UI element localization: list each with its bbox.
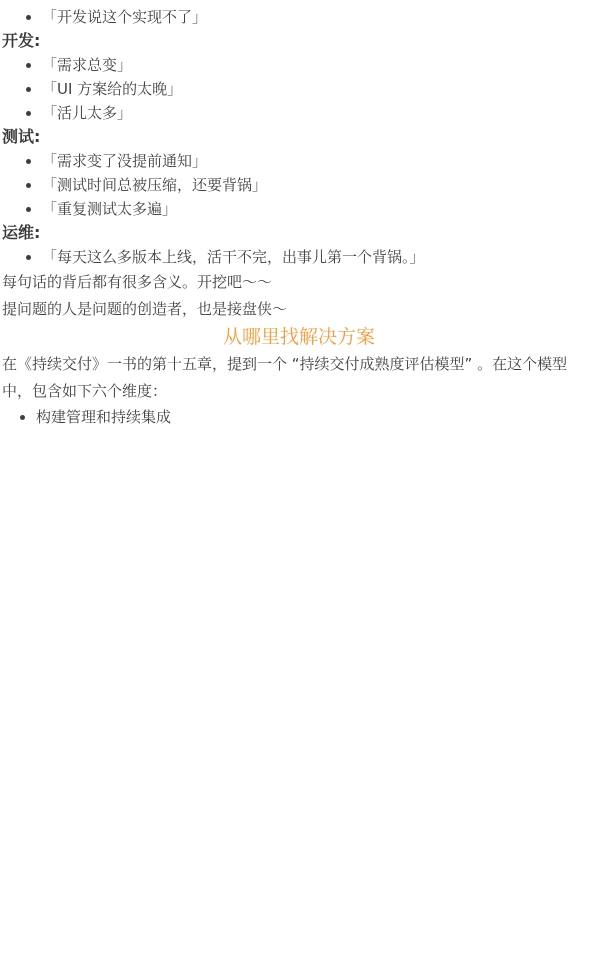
list-item: 「测试时间总被压缩，还要背锅」 <box>42 173 596 197</box>
list-item: 「每天这么多版本上线，活干不完，出事儿第一个背锅。」 <box>42 245 596 269</box>
paragraph-asker: 提问题的人是问题的创造者，也是接盘侠～ <box>2 296 596 323</box>
paragraph-dig: 每句话的背后都有很多含义。开挖吧～～ <box>2 269 596 296</box>
complaint-list-test: 「需求变了没提前通知」 「测试时间总被压缩，还要背锅」 「重复测试太多遍」 <box>2 149 596 221</box>
list-item: 「重复测试太多遍」 <box>42 197 596 221</box>
section-heading-dev: 开发: <box>2 29 596 53</box>
dimension-list: 构建管理和持续集成 <box>2 405 596 429</box>
solution-section-heading: 从哪里找解决方案 <box>2 323 596 351</box>
section-heading-ops: 运维: <box>2 221 596 245</box>
list-item: 「需求总变」 <box>42 53 596 77</box>
list-item: 「需求变了没提前通知」 <box>42 149 596 173</box>
article-page: 「开发说这个实现不了」 开发: 「需求总变」 「UI 方案给的太晚」 「活儿太多… <box>0 0 598 960</box>
list-item: 「开发说这个实现不了」 <box>42 5 596 29</box>
list-item: 构建管理和持续集成 <box>36 405 596 429</box>
complaint-list-product: 「开发说这个实现不了」 <box>2 5 596 29</box>
list-item: 「活儿太多」 <box>42 101 596 125</box>
complaint-list-dev: 「需求总变」 「UI 方案给的太晚」 「活儿太多」 <box>2 53 596 125</box>
section-heading-test: 测试: <box>2 125 596 149</box>
paragraph-book-reference: 在《持续交付》一书的第十五章，提到一个 “持续交付成熟度评估模型” 。在这个模型… <box>2 351 596 405</box>
complaint-list-ops: 「每天这么多版本上线，活干不完，出事儿第一个背锅。」 <box>2 245 596 269</box>
list-item: 「UI 方案给的太晚」 <box>42 77 596 101</box>
